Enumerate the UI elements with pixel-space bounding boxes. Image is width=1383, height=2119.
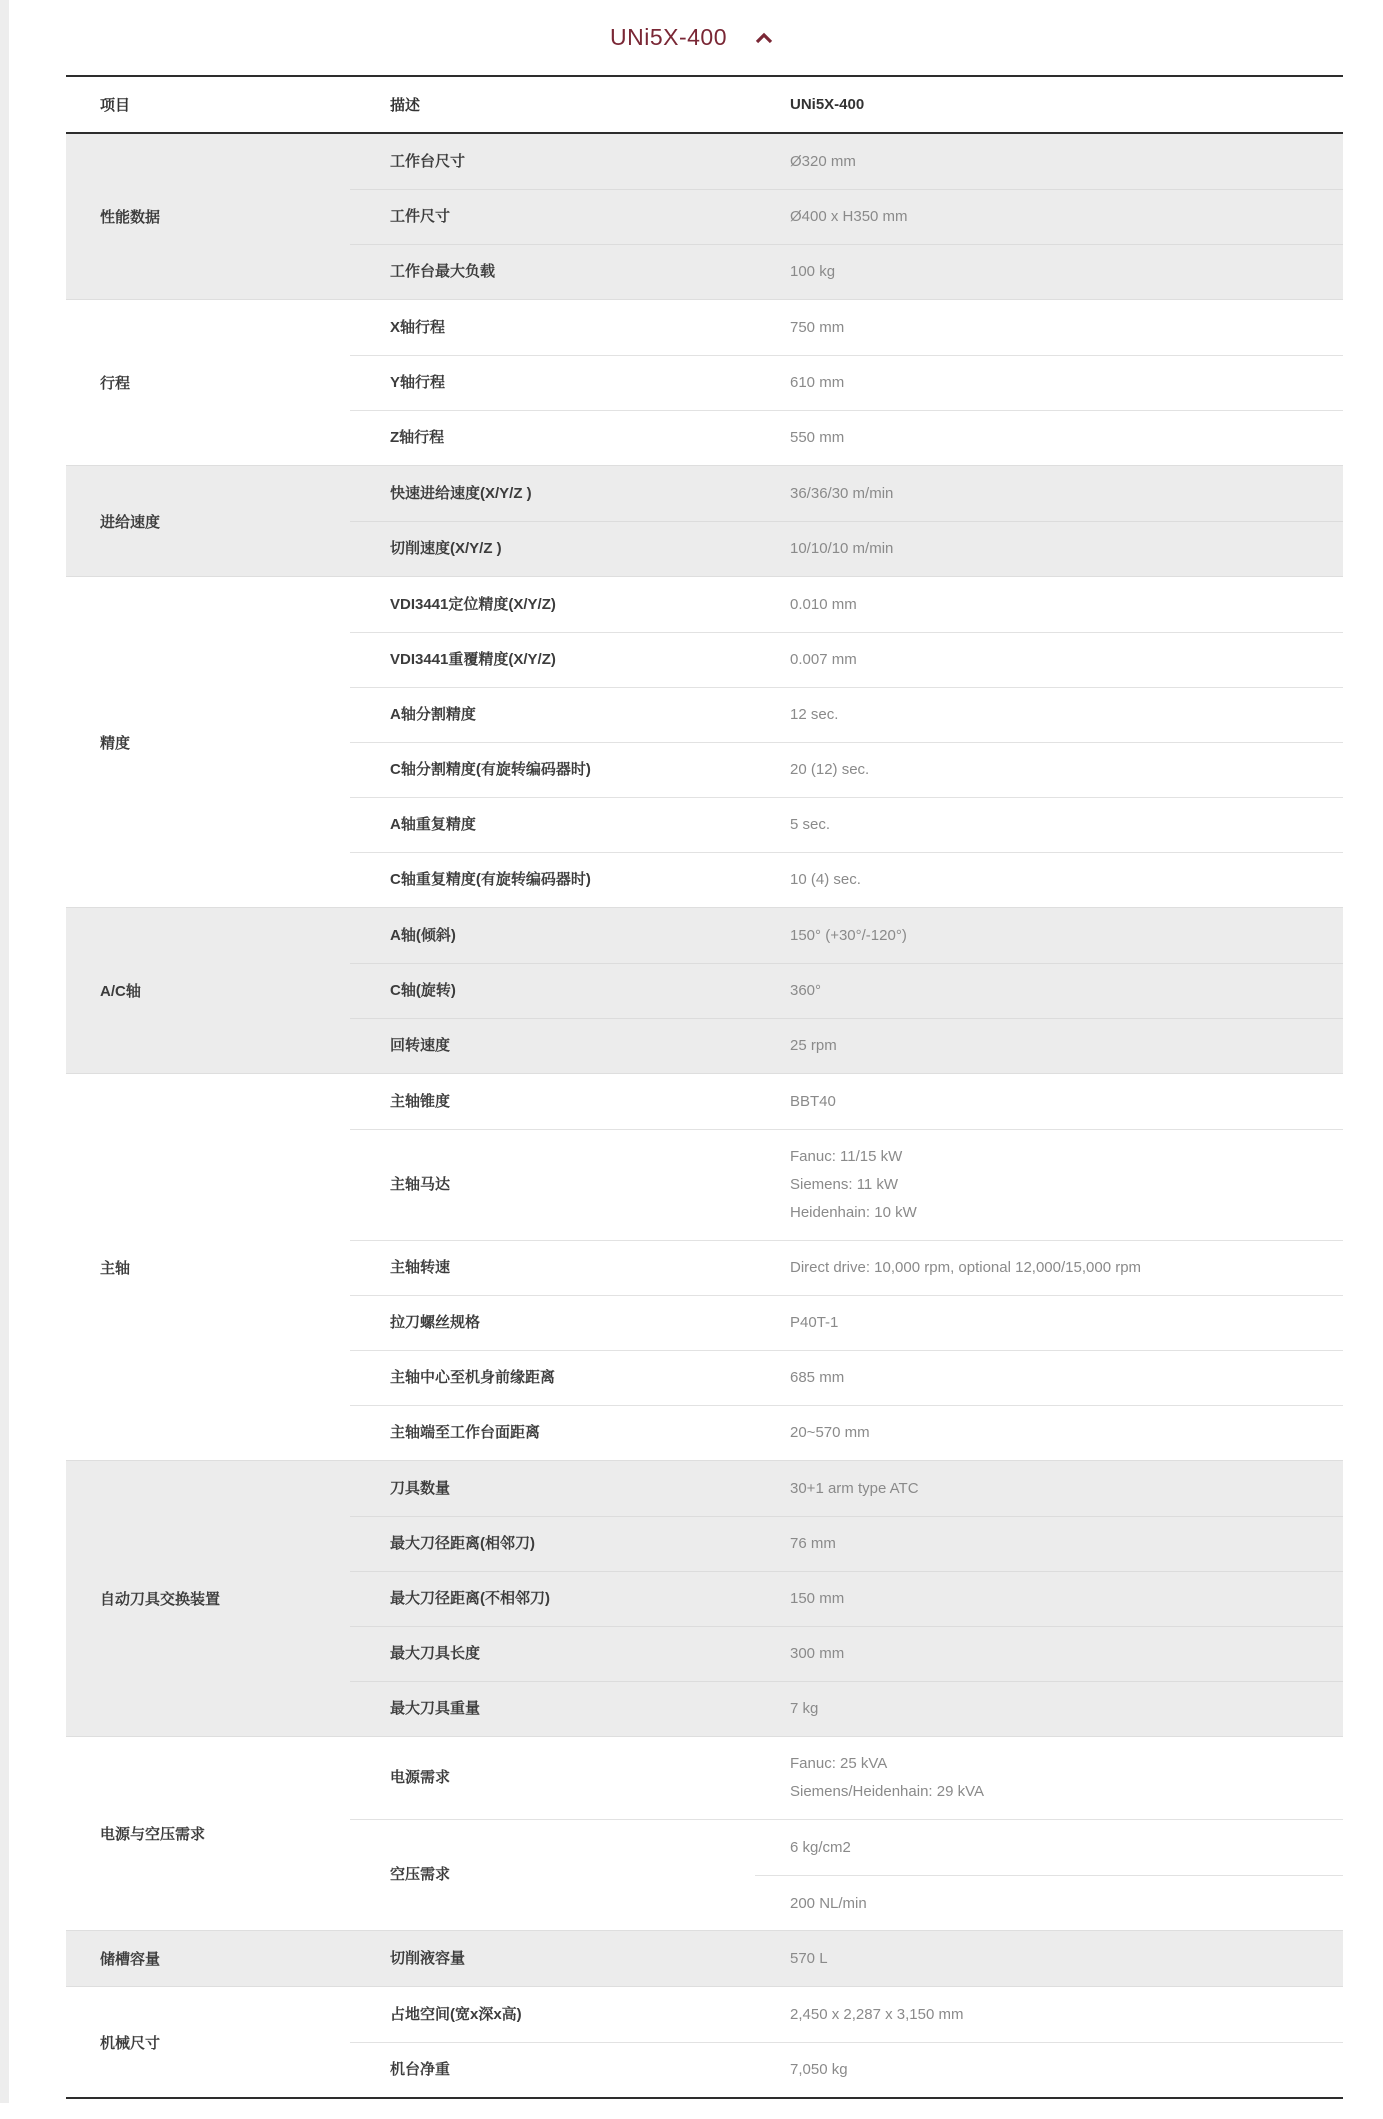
group-rows: 主轴锥度BBT40主轴马达Fanuc: 11/15 kWSiemens: 11 … xyxy=(350,1074,1343,1460)
chevron-up-icon[interactable] xyxy=(755,32,773,44)
group-rows: 刀具数量30+1 arm type ATC最大刀径距离(相邻刀)76 mm最大刀… xyxy=(350,1461,1343,1736)
value-line: 20~570 mm xyxy=(790,1419,1327,1447)
value-line: 100 kg xyxy=(790,258,1327,286)
row-value: 5 sec. xyxy=(755,798,1343,852)
value-line: 12 sec. xyxy=(790,701,1327,729)
table-row: 工作台尺寸Ø320 mm xyxy=(350,134,1343,189)
spec-table: 项目 描述 UNi5X-400 性能数据工作台尺寸Ø320 mm工件尺寸Ø400… xyxy=(66,75,1343,2099)
table-row: 切削液容量570 L xyxy=(350,1931,1343,1986)
value-line: Direct drive: 10,000 rpm, optional 12,00… xyxy=(790,1254,1327,1282)
value-line: 150° (+30°/-120°) xyxy=(790,922,1327,950)
table-row: 回转速度25 rpm xyxy=(350,1018,1343,1073)
value-line: Siemens: 11 kW xyxy=(790,1171,1327,1199)
spec-group: 主轴主轴锥度BBT40主轴马达Fanuc: 11/15 kWSiemens: 1… xyxy=(66,1073,1343,1460)
table-row: 拉刀螺丝规格P40T-1 xyxy=(350,1295,1343,1350)
row-value: 10 (4) sec. xyxy=(755,853,1343,907)
row-value: 10/10/10 m/min xyxy=(755,522,1343,576)
row-label: C轴分割精度(有旋转编码器时) xyxy=(350,743,755,797)
row-value: 20~570 mm xyxy=(755,1406,1343,1460)
row-label: Y轴行程 xyxy=(350,356,755,410)
row-value: Direct drive: 10,000 rpm, optional 12,00… xyxy=(755,1241,1343,1295)
value-line: Fanuc: 25 kVA xyxy=(790,1750,1327,1778)
row-label: 最大刀径距离(相邻刀) xyxy=(350,1517,755,1571)
group-rows: A轴(倾斜)150° (+30°/-120°)C轴(旋转)360°回转速度25 … xyxy=(350,908,1343,1073)
row-value: BBT40 xyxy=(755,1074,1343,1129)
header-description: 描述 xyxy=(350,94,755,115)
value-line: P40T-1 xyxy=(790,1309,1327,1337)
table-row: 主轴端至工作台面距离20~570 mm xyxy=(350,1405,1343,1460)
row-label: 回转速度 xyxy=(350,1019,755,1073)
group-rows: 快速进给速度(X/Y/Z )36/36/30 m/min切削速度(X/Y/Z )… xyxy=(350,466,1343,576)
page-title: UNi5X-400 xyxy=(610,24,727,51)
value-line: 10 (4) sec. xyxy=(790,866,1327,894)
row-value: 0.007 mm xyxy=(755,633,1343,687)
table-row: 电源需求Fanuc: 25 kVASiemens/Heidenhain: 29 … xyxy=(350,1737,1343,1819)
spec-group: 精度VDI3441定位精度(X/Y/Z)0.010 mmVDI3441重覆精度(… xyxy=(66,576,1343,907)
table-row: 主轴马达Fanuc: 11/15 kWSiemens: 11 kWHeidenh… xyxy=(350,1129,1343,1240)
table-header-row: 项目 描述 UNi5X-400 xyxy=(66,77,1343,134)
group-name-cell: 行程 xyxy=(66,300,350,465)
table-row: 空压需求6 kg/cm2200 NL/min xyxy=(350,1819,1343,1930)
table-row: C轴分割精度(有旋转编码器时)20 (12) sec. xyxy=(350,742,1343,797)
row-value: 36/36/30 m/min xyxy=(755,466,1343,521)
group-name-cell: 主轴 xyxy=(66,1074,350,1460)
group-name-cell: 储槽容量 xyxy=(66,1931,350,1986)
row-label: 拉刀螺丝规格 xyxy=(350,1296,755,1350)
spec-table-body: 性能数据工作台尺寸Ø320 mm工件尺寸Ø400 x H350 mm工作台最大负… xyxy=(66,134,1343,2097)
table-row: 工件尺寸Ø400 x H350 mm xyxy=(350,189,1343,244)
row-value: 7 kg xyxy=(755,1682,1343,1736)
row-label: 主轴锥度 xyxy=(350,1074,755,1129)
table-row: 最大刀径距离(相邻刀)76 mm xyxy=(350,1516,1343,1571)
row-label: 工作台尺寸 xyxy=(350,134,755,189)
value-line: 150 mm xyxy=(790,1585,1327,1613)
row-value: 25 rpm xyxy=(755,1019,1343,1073)
row-label: 刀具数量 xyxy=(350,1461,755,1516)
group-rows: 占地空间(宽x深x高)2,450 x 2,287 x 3,150 mm机台净重7… xyxy=(350,1987,1343,2097)
table-row: X轴行程750 mm xyxy=(350,300,1343,355)
value-line: 7,050 kg xyxy=(790,2056,1327,2084)
table-row: C轴重复精度(有旋转编码器时)10 (4) sec. xyxy=(350,852,1343,907)
row-label: 切削速度(X/Y/Z ) xyxy=(350,522,755,576)
row-value: 300 mm xyxy=(755,1627,1343,1681)
table-row: 最大刀径距离(不相邻刀)150 mm xyxy=(350,1571,1343,1626)
row-value: 685 mm xyxy=(755,1351,1343,1405)
row-value: 360° xyxy=(755,964,1343,1018)
group-name-cell: 精度 xyxy=(66,577,350,907)
table-row: A轴(倾斜)150° (+30°/-120°) xyxy=(350,908,1343,963)
value-line: 5 sec. xyxy=(790,811,1327,839)
row-label: 切削液容量 xyxy=(350,1931,755,1986)
group-rows: 工作台尺寸Ø320 mm工件尺寸Ø400 x H350 mm工作台最大负载100… xyxy=(350,134,1343,299)
value-line: BBT40 xyxy=(790,1088,1327,1116)
spec-group: 储槽容量切削液容量570 L xyxy=(66,1930,1343,1986)
value-line: 360° xyxy=(790,977,1327,1005)
row-label: Z轴行程 xyxy=(350,411,755,465)
row-value: 570 L xyxy=(755,1931,1343,1986)
value-line: 610 mm xyxy=(790,369,1327,397)
row-value: 30+1 arm type ATC xyxy=(755,1461,1343,1516)
table-row: A轴分割精度12 sec. xyxy=(350,687,1343,742)
row-label: 主轴端至工作台面距离 xyxy=(350,1406,755,1460)
row-label: 最大刀径距离(不相邻刀) xyxy=(350,1572,755,1626)
spec-group: A/C轴A轴(倾斜)150° (+30°/-120°)C轴(旋转)360°回转速… xyxy=(66,907,1343,1073)
table-row: VDI3441定位精度(X/Y/Z)0.010 mm xyxy=(350,577,1343,632)
value-line: Ø320 mm xyxy=(790,148,1327,176)
table-row: 工作台最大负载100 kg xyxy=(350,244,1343,299)
row-value: 0.010 mm xyxy=(755,577,1343,632)
row-label: A轴分割精度 xyxy=(350,688,755,742)
header-item: 项目 xyxy=(66,94,350,115)
table-row: 机台净重7,050 kg xyxy=(350,2042,1343,2097)
value-line: 0.007 mm xyxy=(790,646,1327,674)
header-model: UNi5X-400 xyxy=(755,96,1343,113)
row-label: 电源需求 xyxy=(350,1737,755,1819)
group-name-cell: 机械尺寸 xyxy=(66,1987,350,2097)
value-line: Siemens/Heidenhain: 29 kVA xyxy=(790,1778,1327,1806)
row-value: Fanuc: 25 kVASiemens/Heidenhain: 29 kVA xyxy=(755,1737,1343,1819)
row-value: 6 kg/cm2200 NL/min xyxy=(755,1820,1343,1930)
value-line: 570 L xyxy=(790,1945,1327,1973)
table-row: 最大刀具长度300 mm xyxy=(350,1626,1343,1681)
value-line: 36/36/30 m/min xyxy=(790,480,1327,508)
value-line: 750 mm xyxy=(790,314,1327,342)
table-row: 占地空间(宽x深x高)2,450 x 2,287 x 3,150 mm xyxy=(350,1987,1343,2042)
row-label: 主轴中心至机身前缘距离 xyxy=(350,1351,755,1405)
value-line: 25 rpm xyxy=(790,1032,1327,1060)
group-rows: VDI3441定位精度(X/Y/Z)0.010 mmVDI3441重覆精度(X/… xyxy=(350,577,1343,907)
row-value: 550 mm xyxy=(755,411,1343,465)
table-row: C轴(旋转)360° xyxy=(350,963,1343,1018)
value-line: Ø400 x H350 mm xyxy=(790,203,1327,231)
value-line: 685 mm xyxy=(790,1364,1327,1392)
row-subvalue: 6 kg/cm2 xyxy=(755,1820,1343,1875)
value-line: 10/10/10 m/min xyxy=(790,535,1327,563)
page-edge-strip xyxy=(0,0,9,2103)
spec-group: 性能数据工作台尺寸Ø320 mm工件尺寸Ø400 x H350 mm工作台最大负… xyxy=(66,134,1343,299)
table-row: Z轴行程550 mm xyxy=(350,410,1343,465)
row-value: 7,050 kg xyxy=(755,2043,1343,2097)
row-value: 12 sec. xyxy=(755,688,1343,742)
row-label: C轴(旋转) xyxy=(350,964,755,1018)
value-line: 76 mm xyxy=(790,1530,1327,1558)
table-row: 主轴中心至机身前缘距离685 mm xyxy=(350,1350,1343,1405)
table-row: 快速进给速度(X/Y/Z )36/36/30 m/min xyxy=(350,466,1343,521)
table-row: 刀具数量30+1 arm type ATC xyxy=(350,1461,1343,1516)
row-label: 快速进给速度(X/Y/Z ) xyxy=(350,466,755,521)
spec-group: 行程X轴行程750 mmY轴行程610 mmZ轴行程550 mm xyxy=(66,299,1343,465)
value-line: 300 mm xyxy=(790,1640,1327,1668)
row-value: 750 mm xyxy=(755,300,1343,355)
bottom-spacer xyxy=(0,2099,1383,2119)
row-value: 100 kg xyxy=(755,245,1343,299)
group-name-cell: 进给速度 xyxy=(66,466,350,576)
value-line: 550 mm xyxy=(790,424,1327,452)
row-label: VDI3441定位精度(X/Y/Z) xyxy=(350,577,755,632)
table-row: 主轴锥度BBT40 xyxy=(350,1074,1343,1129)
row-value: 20 (12) sec. xyxy=(755,743,1343,797)
group-name-cell: 电源与空压需求 xyxy=(66,1737,350,1930)
row-value: 610 mm xyxy=(755,356,1343,410)
row-value: Ø320 mm xyxy=(755,134,1343,189)
row-label: 最大刀具长度 xyxy=(350,1627,755,1681)
row-label: X轴行程 xyxy=(350,300,755,355)
row-label: 最大刀具重量 xyxy=(350,1682,755,1736)
table-row: 最大刀具重量7 kg xyxy=(350,1681,1343,1736)
row-label: 占地空间(宽x深x高) xyxy=(350,1987,755,2042)
row-subvalue: 200 NL/min xyxy=(755,1875,1343,1930)
spec-group: 机械尺寸占地空间(宽x深x高)2,450 x 2,287 x 3,150 mm机… xyxy=(66,1986,1343,2097)
table-row: 切削速度(X/Y/Z )10/10/10 m/min xyxy=(350,521,1343,576)
table-row: A轴重复精度5 sec. xyxy=(350,797,1343,852)
row-value: Fanuc: 11/15 kWSiemens: 11 kWHeidenhain:… xyxy=(755,1130,1343,1240)
value-line: Fanuc: 11/15 kW xyxy=(790,1143,1327,1171)
row-label: C轴重复精度(有旋转编码器时) xyxy=(350,853,755,907)
value-line: Heidenhain: 10 kW xyxy=(790,1199,1327,1227)
row-label: A轴重复精度 xyxy=(350,798,755,852)
group-name-cell: A/C轴 xyxy=(66,908,350,1073)
group-name-cell: 自动刀具交换装置 xyxy=(66,1461,350,1736)
value-line: 30+1 arm type ATC xyxy=(790,1475,1327,1503)
row-label: A轴(倾斜) xyxy=(350,908,755,963)
row-value: 150° (+30°/-120°) xyxy=(755,908,1343,963)
spec-group: 进给速度快速进给速度(X/Y/Z )36/36/30 m/min切削速度(X/Y… xyxy=(66,465,1343,576)
table-row: Y轴行程610 mm xyxy=(350,355,1343,410)
value-line: 20 (12) sec. xyxy=(790,756,1327,784)
value-line: 0.010 mm xyxy=(790,591,1327,619)
row-label: 主轴转速 xyxy=(350,1241,755,1295)
row-value: Ø400 x H350 mm xyxy=(755,190,1343,244)
group-rows: 电源需求Fanuc: 25 kVASiemens/Heidenhain: 29 … xyxy=(350,1737,1343,1930)
row-value: 76 mm xyxy=(755,1517,1343,1571)
table-row: 主轴转速Direct drive: 10,000 rpm, optional 1… xyxy=(350,1240,1343,1295)
spec-group: 自动刀具交换装置刀具数量30+1 arm type ATC最大刀径距离(相邻刀)… xyxy=(66,1460,1343,1736)
row-label: 工作台最大负载 xyxy=(350,245,755,299)
group-rows: X轴行程750 mmY轴行程610 mmZ轴行程550 mm xyxy=(350,300,1343,465)
row-value: 150 mm xyxy=(755,1572,1343,1626)
table-row: VDI3441重覆精度(X/Y/Z)0.007 mm xyxy=(350,632,1343,687)
group-name-cell: 性能数据 xyxy=(66,134,350,299)
row-label: VDI3441重覆精度(X/Y/Z) xyxy=(350,633,755,687)
group-rows: 切削液容量570 L xyxy=(350,1931,1343,1986)
row-value: P40T-1 xyxy=(755,1296,1343,1350)
row-label: 机台净重 xyxy=(350,2043,755,2097)
row-value: 2,450 x 2,287 x 3,150 mm xyxy=(755,1987,1343,2042)
value-line: 7 kg xyxy=(790,1695,1327,1723)
row-label: 空压需求 xyxy=(350,1820,755,1930)
spec-group: 电源与空压需求电源需求Fanuc: 25 kVASiemens/Heidenha… xyxy=(66,1736,1343,1930)
row-label: 主轴马达 xyxy=(350,1130,755,1240)
row-label: 工件尺寸 xyxy=(350,190,755,244)
value-line: 2,450 x 2,287 x 3,150 mm xyxy=(790,2001,1327,2029)
model-title-bar[interactable]: UNi5X-400 xyxy=(0,0,1383,75)
